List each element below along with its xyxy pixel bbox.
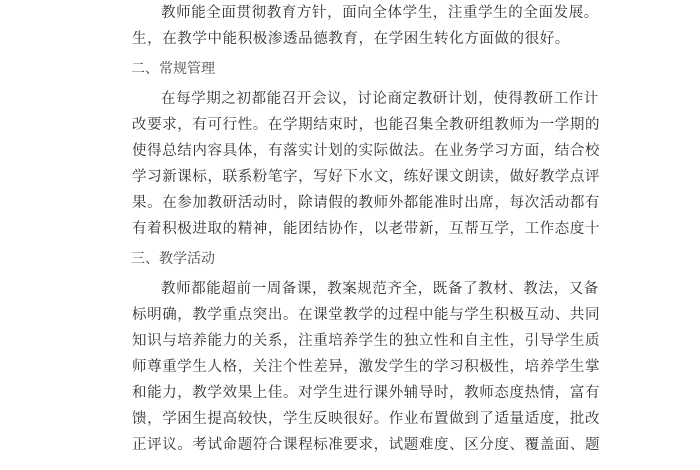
text-line: 知识与培养能力的关系，注重培养学生的独立性和自主性，引导学生质疑、调查、研究，教	[103, 328, 599, 354]
document-page: 教师能全面贯彻教育方针，面向全体学生，注重学生的全面发展。为人师表，热爱学 生，…	[103, 0, 599, 458]
text-line: 生，在教学中能积极渗透品德教育，在学困生转化方面做的很好。	[103, 26, 599, 52]
text-line: 果。在参加教研活动时，除请假的教师外都能准时出席，每次活动都有具体的内容。教师都	[103, 190, 599, 216]
paragraph-teaching-activities: 教师都能超前一周备课，教案规范齐全，既备了教材、教法，又备了学生学情。教学目 标…	[103, 276, 599, 458]
text-line: 使得总结内容具体，有落实计划的实际做法。在业务学习方面，结合校本培训要求每位教师	[103, 138, 599, 164]
text-line: 标明确，教学重点突出。在课堂教学的过程中能与学生积极互动、共同发展，能处理好传授	[103, 302, 599, 328]
section-heading-routine-management: 二、常规管理	[103, 56, 599, 82]
text-line: 改要求，有可行性。在学期结束时，也能召集全教研组教师为一学期的’教研工作做总结，	[103, 112, 599, 138]
text-line: 和能力，教学效果上佳。对学生进行课外辅导时，教师态度热情，富有耐心，并且注意反	[103, 380, 599, 406]
text-line: 学习新课标，联系粉笔字，写好下水文，练好课文朗读，做好教学点评，取得了较好的效	[103, 164, 599, 190]
section-heading-teaching-activities: 三、教学活动	[103, 246, 599, 272]
text-line: 有着积极进取的精神，能团结协作，以老带新，互帮互学，工作态度十分端正。	[103, 216, 599, 242]
text-line: 师尊重学生人格，关注个性差异，激发学生的学习积极性，培养学生掌握和运用知识的态度	[103, 354, 599, 380]
text-line: 馈，学困生提高较快，学生反映很好。作业布置做到了适量适度，批改认真，能及时给予矫	[103, 406, 599, 432]
text-line: 正评议。考试命题符合课程标准要求，试题难度、区分度、覆盖面、题量较恰当，比较重视	[103, 432, 599, 458]
paragraph-teacher-ethics: 教师能全面贯彻教育方针，面向全体学生，注重学生的全面发展。为人师表，热爱学 生，…	[103, 0, 599, 52]
paragraph-routine-management: 在每学期之初都能召开会议，讨论商定教研计划，使得教研工作计划目标明确，符合课 改…	[103, 86, 599, 242]
text-line: 教师能全面贯彻教育方针，面向全体学生，注重学生的全面发展。为人师表，热爱学	[103, 0, 599, 26]
text-line: 在每学期之初都能召开会议，讨论商定教研计划，使得教研工作计划目标明确，符合课	[103, 86, 599, 112]
text-line: 教师都能超前一周备课，教案规范齐全，既备了教材、教法，又备了学生学情。教学目	[103, 276, 599, 302]
